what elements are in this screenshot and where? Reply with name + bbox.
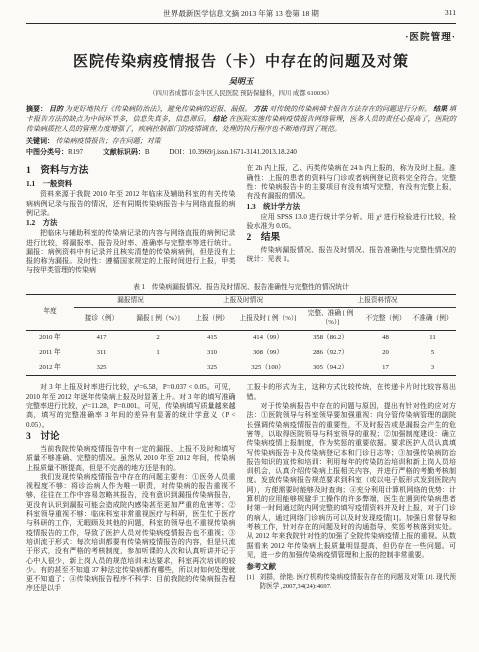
cell: 17: [362, 360, 409, 375]
author-affiliation: （四川省成都市金牛区人民医院 预防保健科，四川 成都 610036）: [26, 88, 456, 97]
right-column-2: 工报卡的形式为主，这种方式比较传统，在传递卡片时比较容易出错。 对于传染病报告中…: [247, 383, 457, 593]
table-col-incomplete: 不完整（例）: [362, 308, 409, 330]
cell: 325（100）: [237, 360, 299, 375]
section-1-2-continuation: 在 2h 内上报，乙、丙类传染病在 24 h 内上报的，称为及时上报。准确性：上…: [247, 164, 457, 201]
table-group-timely: 上报及时情况: [187, 294, 299, 308]
doi-label: DOI：: [169, 148, 188, 156]
doc-code: B: [145, 148, 150, 156]
abstract-objective: 为更好地执行《传染病防治法》，避免传染病的迟报、漏报。: [65, 105, 252, 113]
section-category-tag: ·医院管理·: [26, 29, 456, 43]
section-1-2-paragraph: 把临床与辅助科室的传染病记录的内容与网络直报的病例记录进行比较，将漏报率、报告及…: [26, 229, 236, 275]
references-heading: 参考文献: [247, 562, 457, 572]
journal-header: 世界最新医学信息文摘 2013 年第 13 卷第 18 期 311: [26, 8, 456, 24]
reference-marker: [1]: [247, 573, 255, 582]
reference-item-1: [1] 刘群，徐艳. 医疗机构传染病疫情报告存在的问题及对策 [J]. 现代预防…: [247, 573, 457, 591]
section-1-heading: 1 资料与方法: [26, 165, 236, 177]
section-1-3-heading: 1.3 统计学方法: [247, 202, 457, 212]
cell: 2012 年: [26, 360, 74, 375]
doc-code-label: 文献标识码：: [103, 148, 145, 156]
table-group-missed: 漏报情况: [74, 294, 187, 308]
clc-label: 中图分类号：: [26, 148, 68, 156]
author-name: 吴明玉: [26, 76, 456, 87]
paper-title: 医院传染病疫情报告（卡）中存在的问题及对策: [26, 50, 456, 71]
discussion-paragraph-1: 当前我院传染病疫情报告中有一定的漏报、上报不及时和填写质量不够准确、完整的情况。…: [26, 445, 236, 473]
table-row: 2010 年 417 2 415 414（99） 358（86.2） 48 11: [26, 330, 456, 345]
abstract-results-label: 结果: [433, 105, 447, 113]
doi-value: 10.3969/j.issn.1671-3141.2013.18.240: [189, 148, 297, 156]
abstract-objective-label: 目的: [49, 105, 63, 113]
discussion-paragraph-2-continuation: 工报卡的形式为主，这种方式比较传统，在传递卡片时比较容易出错。: [247, 383, 457, 402]
table-1-block: 表 1 传染病漏报情况、报告及时情况、报告准确性与完整性的情况统计 年度 漏报情…: [26, 281, 456, 377]
cell: 310: [187, 346, 237, 361]
cell: 325: [187, 360, 237, 375]
abstract-methods: 对传统的传染病填卡报告方法存在的问题进行分析。: [269, 105, 431, 113]
cell: 308（99）: [237, 346, 299, 361]
paper-page: 世界最新医学信息文摘 2013 年第 13 卷第 18 期 311 ·医院管理·…: [0, 0, 479, 652]
table-1-title: 表 1 传染病漏报情况、报告及时情况、报告准确性与完整性的情况统计: [26, 281, 456, 291]
section-1-2-heading: 1.2 方法: [26, 218, 236, 228]
columns-row-1: 1 资料与方法 1.1 一般资料 资料来源于我院 2010 年至 2012 年临…: [26, 164, 456, 275]
keywords-text: 传染病疫情报告；存在问题；对策: [56, 137, 161, 145]
left-column-1: 1 资料与方法 1.1 一般资料 资料来源于我院 2010 年至 2012 年临…: [26, 164, 236, 275]
cell: 2: [129, 330, 187, 345]
section-1-3-paragraph: 应用 SPSS 13.0 进行统计学分析。用 χ² 进行检验进行比较，检验水准为…: [247, 213, 457, 232]
keywords-line: 关键词： 传染病疫情报告；存在问题；对策: [26, 136, 456, 146]
table-col-reported: 上报（例）: [187, 308, 237, 330]
discussion-paragraph-2: 我们发现传染病疫情报告中存在的问题主要有：①医务人员重视程度不够：将诊治病人作为…: [26, 473, 236, 594]
cell: 417: [74, 330, 129, 345]
cell: 1: [129, 346, 187, 361]
page-number: 311: [445, 8, 456, 17]
table-col-year: 年度: [26, 294, 74, 330]
cell: 414（99）: [237, 330, 299, 345]
section-1-1-paragraph: 资料来源于我院 2010 年至 2012 年临床及辅助科室的有关传染病病例记录与…: [26, 190, 236, 218]
cell: 5: [409, 346, 456, 361]
cell: 2011 年: [26, 346, 74, 361]
right-column-1: 在 2h 内上报，乙、丙类传染病在 24 h 内上报的，称为及时上报。准确性：上…: [247, 164, 457, 275]
abstract-conclusion-label: 结论: [213, 115, 227, 123]
columns-row-2: 对 3 年上报及时率进行比较，χ²=6.58，P=0.037 < 0.05。可见…: [26, 383, 456, 593]
table-group-quality: 上报资料情况: [299, 294, 456, 308]
abstract-methods-label: 方法: [253, 105, 267, 113]
table-1: 年度 漏报情况 上报及时情况 上报资料情况 接诊（例） 漏报 [ 例（%）] 上…: [26, 294, 456, 377]
table-col-timely: 上报及时 [ 例（%）]: [237, 308, 299, 330]
discussion-paragraph-3: 对于传染病报告中存在的问题与原因，提出有针对性的应对方法：①医院领导与科室领导要…: [247, 402, 457, 560]
cell: 415: [187, 330, 237, 345]
journal-title: 世界最新医学信息文摘 2013 年第 13 卷第 18 期: [163, 9, 319, 18]
section-2-heading: 2 结果: [247, 232, 457, 244]
table-col-missed: 漏报 [ 例（%）]: [129, 308, 187, 330]
cell: 2010 年: [26, 330, 74, 345]
left-column-2: 对 3 年上报及时率进行比较，χ²=6.58，P=0.037 < 0.05。可见…: [26, 383, 236, 593]
cell: 3: [409, 360, 456, 375]
results-analysis-paragraph: 对 3 年上报及时率进行比较，χ²=6.58，P=0.037 < 0.05。可见…: [26, 383, 236, 429]
abstract-label: 摘要：: [26, 105, 47, 113]
section-3-heading: 3 讨论: [26, 431, 236, 443]
reference-text: 刘群，徐艳. 医疗机构传染病疫情报告存在的问题及对策 [J]. 现代预防医学 ,…: [260, 574, 457, 590]
table-col-inaccurate: 不准确（例）: [409, 308, 456, 330]
keywords-label: 关键词：: [26, 137, 54, 145]
cell: 48: [362, 330, 409, 345]
table-row: 2012 年 325 325 325（100） 305（94.2） 17 3: [26, 360, 456, 375]
section-1-1-heading: 1.1 一般资料: [26, 179, 236, 189]
cell: 11: [409, 330, 456, 345]
table-col-visits: 接诊（例）: [74, 308, 129, 330]
cell: 358（86.2）: [299, 330, 362, 345]
clc-code: R197: [68, 148, 83, 156]
cell: 325: [74, 360, 129, 375]
classification-line: 中图分类号：R197 文献标识码：B DOI：10.3969/j.issn.16…: [26, 147, 456, 157]
cell: [129, 360, 187, 375]
cell: 286（92.7）: [299, 346, 362, 361]
table-row: 2011 年 311 1 310 308（99） 286（92.7） 20 5: [26, 346, 456, 361]
abstract: 摘要： 目的 为更好地执行《传染病防治法》，避免传染病的迟报、漏报。 方法 对传…: [26, 105, 456, 134]
cell: 305（94.2）: [299, 360, 362, 375]
cell: 311: [74, 346, 129, 361]
section-2-paragraph: 传染病漏报情况、报告及时情况、报告准确性与完整性情况的统计：见表 1。: [247, 246, 457, 265]
cell: 20: [362, 346, 409, 361]
table-col-complete-accurate: 完整、准确 [ 例（%）]: [299, 308, 362, 330]
